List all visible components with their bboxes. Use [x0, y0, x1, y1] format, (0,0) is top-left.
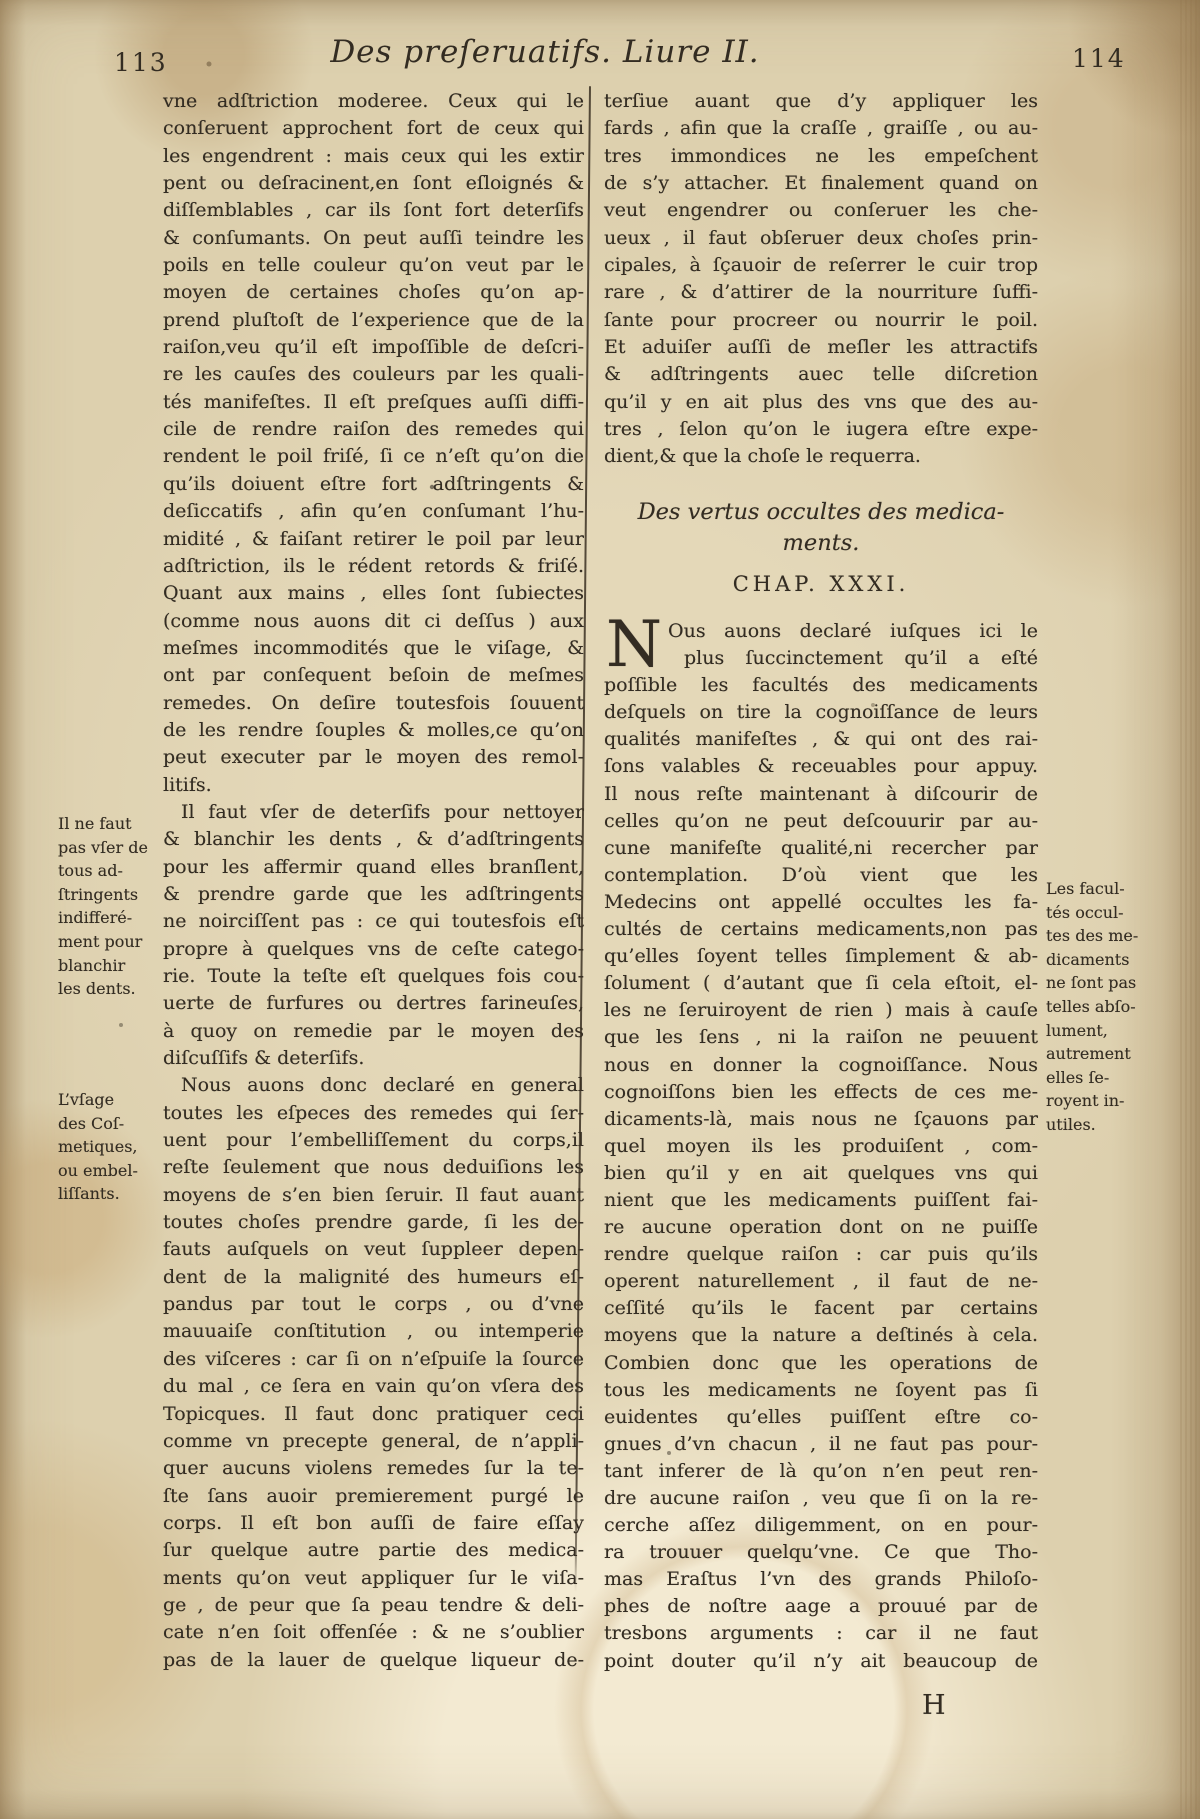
text-line: telles abſo- — [1046, 995, 1194, 1019]
left-margin-note-cosmetiques: L’vſagedes Coſ-metiques,ou embel-liſſant… — [58, 1088, 166, 1206]
text-line: Topicques. Il faut donc pratiquer ceci — [163, 1401, 584, 1428]
text-line: ſte ſans auoir premierement purgé le — [163, 1483, 584, 1510]
text-line: ments qu’on veut appliquer ſur le viſa- — [163, 1565, 584, 1592]
text-line: reſte ſeulement que nous deduiſions les — [163, 1154, 584, 1181]
text-line: conſeruent approchent fort de ceux qui — [163, 115, 584, 142]
text-line: plus ſuccinctement qu’il a eſté — [604, 645, 1038, 672]
text-line: Les facul- — [1046, 877, 1194, 901]
text-line: quel moyen ils les produiſent , com- — [604, 1133, 1038, 1160]
text-line: dent de la malignité des humeurs eſ- — [163, 1264, 584, 1291]
text-line: à quoy on remedie par le moyen des — [163, 1018, 584, 1045]
text-line: tous ad- — [58, 859, 166, 883]
text-line: cultés de certains medicaments,non pas — [604, 916, 1038, 943]
text-line: Quant aux mains , elles ſont ſubiectes — [163, 580, 584, 607]
text-line: cune manifeſte qualité,ni recercher par — [604, 835, 1038, 862]
text-line: pas vſer de — [58, 836, 166, 860]
text-line: tres immondices ne les empeſchent — [604, 143, 1038, 170]
text-line: diſſemblables , car ils ſont fort deterſ… — [163, 197, 584, 224]
text-line: les engendrent : mais ceux qui les extir — [163, 143, 584, 170]
text-line: dicaments — [1046, 948, 1194, 972]
text-line: prend pluſtoſt de l’experience que de la — [163, 307, 584, 334]
text-line: contemplation. D’où vient que les — [604, 862, 1038, 889]
text-line: lument, — [1046, 1019, 1194, 1043]
text-line: des Coſ- — [58, 1112, 166, 1136]
text-line: pandus par tout le corps , ou d’vne — [163, 1291, 584, 1318]
text-line: ge , de peur que ſa peau tendre & deli- — [163, 1592, 584, 1619]
text-line: re les cauſes des couleurs par les quali… — [163, 361, 584, 388]
text-line: les ne ſeruiroyent de rien ) mais à cauſ… — [604, 997, 1038, 1024]
text-line: cerche aſſez diligemment, on en pour- — [604, 1512, 1038, 1539]
text-line: ſons valables & receuables pour appuy. — [604, 753, 1038, 780]
text-line: nous en donner la cognoiſſance. Nous — [604, 1052, 1038, 1079]
chapter-heading: CHAP. XXXI. — [604, 572, 1038, 596]
text-line: bien qu’il y en ait quelques vns qui — [604, 1160, 1038, 1187]
text-line: phes de noſtre aage a prouué par de — [604, 1593, 1038, 1620]
text-line: ſante pour procreer ou nourrir le poil. — [604, 307, 1038, 334]
text-line: uent pour l’embelliſſement du corps,il — [163, 1127, 584, 1154]
ink-speckles — [0, 0, 2, 2]
text-line: tés manifeſtes. Il eſt preſques auſſi di… — [163, 389, 584, 416]
text-line: deſiccatifs , afin qu’en conſumant l’hu- — [163, 498, 584, 525]
text-line: midité , & faiſant retirer le poil par l… — [163, 526, 584, 553]
text-line: ou embel- — [58, 1159, 166, 1183]
text-line: uerte de furfures ou dertres farineuſes, — [163, 990, 584, 1017]
text-line: ueux , il faut obſeruer deux choſes prin… — [604, 225, 1038, 252]
text-line: Combien donc que les operations de — [604, 1350, 1038, 1377]
text-line: tes des me- — [1046, 924, 1194, 948]
text-line: rare , & d’attirer de la nourriture ſuff… — [604, 279, 1038, 306]
text-line: nient que les medicaments puiſſent fai- — [604, 1187, 1038, 1214]
text-line: pent ou deſracinent,en ſont eſloignés & — [163, 170, 584, 197]
text-line: remedes. On deſire toutesfois ſouuent — [163, 690, 584, 717]
section-heading-vertus-occultes: Des vertus occultes des medica-ments. — [604, 497, 1038, 559]
text-line: veut engendrer ou conſeruer les che- — [604, 197, 1038, 224]
text-line: ceſſité qu’ils le facent par certains — [604, 1295, 1038, 1322]
text-line: qu’elles ſoyent telles ſimplement & ab- — [604, 943, 1038, 970]
text-line: ne noirciſſent pas : ce qui toutesfois e… — [163, 908, 584, 935]
text-line: fauts auſquels on veut ſuppleer depen- — [163, 1236, 584, 1263]
text-line: re aucune operation dont on ne puiſſe — [604, 1214, 1038, 1241]
text-line: peut executer par le moyen des remol- — [163, 744, 584, 771]
text-line: mauuaiſe conſtitution , ou intemperie — [163, 1318, 584, 1345]
text-line: terſiue auant que d’y appliquer les — [604, 88, 1038, 115]
text-line: de s’y attacher. Et finalement quand on — [604, 170, 1038, 197]
right-margin-note-facultes: Les facul-tés occul-tes des me-dicaments… — [1046, 877, 1194, 1137]
text-line: toutes les eſpeces des remedes qui ſer- — [163, 1100, 584, 1127]
text-line: les dents. — [58, 977, 166, 1001]
text-line: tresbons arguments : car il ne faut — [604, 1620, 1038, 1647]
text-line: pas de la lauer de quelque liqueur de- — [163, 1647, 584, 1674]
text-line: ſolument ( d’autant que ſi cela eſtoit, … — [604, 970, 1038, 997]
text-line: cate n’en ſoit offenſée : & ne s’oublier — [163, 1619, 584, 1646]
text-line: raiſon,veu qu’il eſt impoſſible de deſcr… — [163, 334, 584, 361]
book-page-scan: 113 Des preſeruatifs. Liure II. 114 Il n… — [0, 0, 1200, 1819]
text-line: Medecins ont appellé occultes les fa- — [604, 889, 1038, 916]
text-line: moyens que la nature a deſtinés à cela. — [604, 1322, 1038, 1349]
text-line: vne adſtriction moderee. Ceux qui le — [163, 88, 584, 115]
text-line: euidentes qu’elles puiſſent eſtre co- — [604, 1404, 1038, 1431]
text-line: quer aucuns violens remedes ſur la te- — [163, 1455, 584, 1482]
text-line: Ous auons declaré iuſques ici le — [604, 618, 1038, 645]
text-line: liſſants. — [58, 1182, 166, 1206]
text-line: ſtringents — [58, 883, 166, 907]
text-line: adſtriction, ils le rédent retords & fri… — [163, 553, 584, 580]
text-line: ne ſont pas — [1046, 971, 1194, 995]
text-line: litifs. — [163, 772, 584, 799]
text-line: Il faut vſer de deterſifs pour nettoyer — [163, 799, 584, 826]
text-line: poils en telle couleur qu’on veut par le — [163, 252, 584, 279]
text-line: cile de rendre raiſon des remedes qui — [163, 416, 584, 443]
text-line: & conſumants. On peut auſſi teindre les — [163, 225, 584, 252]
text-line: & blanchir les dents , & d’adſtringents — [163, 826, 584, 853]
text-line: elles ſe- — [1046, 1066, 1194, 1090]
text-line: cognoiſſons bien les effects de ces me- — [604, 1079, 1038, 1106]
text-line: royent in- — [1046, 1089, 1194, 1113]
text-line: des viſceres : car ſi on n’eſpuiſe la ſo… — [163, 1346, 584, 1373]
text-line: ment pour — [58, 930, 166, 954]
text-line: Et aduiſer auſſi de meſler les attractif… — [604, 334, 1038, 361]
text-line: Nous auons donc declaré en general — [163, 1072, 584, 1099]
text-line: que les ſens , ni la raiſon ne peuuent — [604, 1024, 1038, 1051]
text-line: Il ne faut — [58, 812, 166, 836]
text-line: qualités manifeſtes , & qui ont des rai- — [604, 726, 1038, 753]
text-line: moyens de s’en bien ſeruir. Il faut auan… — [163, 1182, 584, 1209]
text-line: pour les affermir quand elles branſlent, — [163, 854, 584, 881]
left-text-column: vne adſtriction moderee. Ceux qui leconſ… — [163, 88, 584, 1674]
text-line: ſur quelque autre partie des medica- — [163, 1537, 584, 1564]
text-line: tous les medicaments ne ſoyent pas ſi — [604, 1377, 1038, 1404]
text-line: du mal , ce ſera en vain qu’on vſera des — [163, 1373, 584, 1400]
text-line: qu’il y en ait plus des vns que des au- — [604, 389, 1038, 416]
text-line: point douter qu’il n’y ait beaucoup de — [604, 1648, 1038, 1675]
chapter-text-column: Ous auons declaré iuſques ici leplus ſuc… — [604, 618, 1038, 1675]
text-line: fards , afin que la craſſe , graiſſe , o… — [604, 115, 1038, 142]
text-line: diſcuſſifs & deterſifs. — [163, 1045, 584, 1072]
text-line: gnues d’vn chacun , il ne faut pas pour- — [604, 1431, 1038, 1458]
text-line: (comme nous auons dit ci deſſus ) aux — [163, 608, 584, 635]
text-line: tres , ſelon qu’on le iugera eſtre expe- — [604, 416, 1038, 443]
text-line: L’vſage — [58, 1088, 166, 1112]
text-line: comme vn precepte general, de n’appli- — [163, 1428, 584, 1455]
text-line: toutes choſes prendre garde, ſi les de- — [163, 1209, 584, 1236]
text-line: ra trouuer quelqu’vne. Ce que Tho- — [604, 1539, 1038, 1566]
page-number-left: 113 — [114, 48, 168, 77]
text-line: corps. Il eſt bon auſſi de faire eſſay — [163, 1510, 584, 1537]
left-margin-note-dents: Il ne fautpas vſer detous ad-ſtringentsi… — [58, 812, 166, 1001]
text-line: utiles. — [1046, 1113, 1194, 1137]
text-line: qu’ils doiuent eſtre fort adſtringents & — [163, 471, 584, 498]
text-line: Des vertus occultes des medica- — [604, 497, 1038, 528]
text-line: rendent le poil friſé, ſi ce n’eſt qu’on… — [163, 443, 584, 470]
text-line: ments. — [604, 528, 1038, 559]
text-line: Il nous reſte maintenant à diſcourir de — [604, 781, 1038, 808]
text-line: dre aucune raiſon , veu que ſi on la re- — [604, 1485, 1038, 1512]
page-number-right: 114 — [1072, 44, 1126, 73]
text-line: indifferé- — [58, 906, 166, 930]
text-line: poſſible les facultés des medicaments — [604, 672, 1038, 699]
text-line: celles qu’on ne peut deſcouurir par au- — [604, 808, 1038, 835]
text-line: & prendre garde que les adſtringents — [163, 881, 584, 908]
text-line: dient,& que la choſe le requerra. — [604, 443, 1038, 470]
text-line: tés occul- — [1046, 901, 1194, 925]
text-line: & adſtringents auec telle diſcretion — [604, 361, 1038, 388]
signature-mark: H — [922, 1690, 947, 1721]
right-text-column-top: terſiue auant que d’y appliquer lesfards… — [604, 88, 1038, 471]
text-line: tant inferer de là qu’on n’en peut ren- — [604, 1458, 1038, 1485]
running-title: Des preſeruatifs. Liure II. — [300, 34, 790, 70]
text-line: blanchir — [58, 954, 166, 978]
text-line: rendre quelque raiſon : car puis qu’ils — [604, 1241, 1038, 1268]
text-line: metiques, — [58, 1135, 166, 1159]
text-line: deſquels on tire la cognoiſſance de leur… — [604, 699, 1038, 726]
text-line: ont par conſequent beſoin de meſmes — [163, 662, 584, 689]
text-line: meſmes incommodités que le viſage, & — [163, 635, 584, 662]
text-line: dicaments-là, mais nous ne ſçauons par — [604, 1106, 1038, 1133]
text-line: mas Eraſtus l’vn des grands Philoſo- — [604, 1566, 1038, 1593]
text-line: rie. Toute la teſte eſt quelques fois co… — [163, 963, 584, 990]
text-line: moyen de certaines choſes qu’on ap- — [163, 279, 584, 306]
text-line: autrement — [1046, 1042, 1194, 1066]
text-line: operent naturellement , il faut de ne- — [604, 1268, 1038, 1295]
text-line: cipales, à ſçauoir de reſerrer le cuir t… — [604, 252, 1038, 279]
text-line: propre à quelques vns de ceſte catego- — [163, 936, 584, 963]
text-line: de les rendre ſouples & molles,ce qu’on — [163, 717, 584, 744]
